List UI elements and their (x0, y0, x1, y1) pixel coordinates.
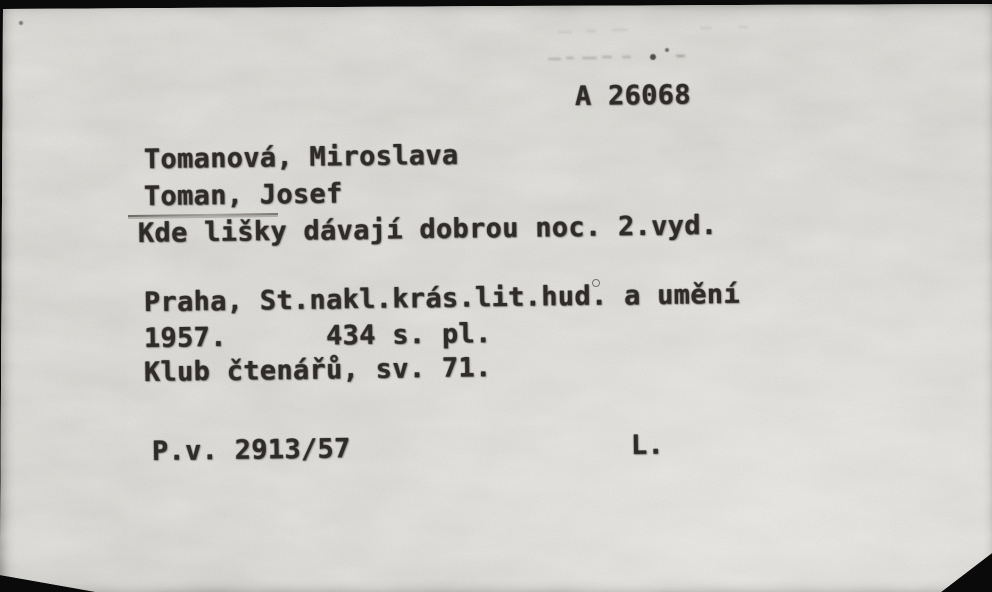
scanned-catalog-card-scene: A 26068 Tomanová, Miroslava Toman, Josef… (0, 0, 992, 592)
title-statement: Kde lišky dávají dobrou noc. 2.vyd. (138, 209, 718, 251)
collation: 1957. 434 s. pl. (144, 317, 492, 356)
paper-speck (19, 21, 23, 25)
cataloguer-initial: L. (631, 429, 665, 463)
author-added-entry: Tomanová, Miroslava (144, 139, 459, 177)
library-catalog-card: A 26068 Tomanová, Miroslava Toman, Josef… (0, 0, 992, 592)
call-number: A 26068 (575, 78, 691, 114)
series-statement: Klub čtenářů, sv. 71. (144, 351, 492, 390)
record-number: P.v. 2913/57 (152, 432, 351, 469)
stray-ring-mark (592, 279, 600, 287)
imprint: Praha, St.nakl.krás.lit.hud. a umění (144, 278, 740, 320)
main-author: Toman, Josef (144, 177, 343, 214)
